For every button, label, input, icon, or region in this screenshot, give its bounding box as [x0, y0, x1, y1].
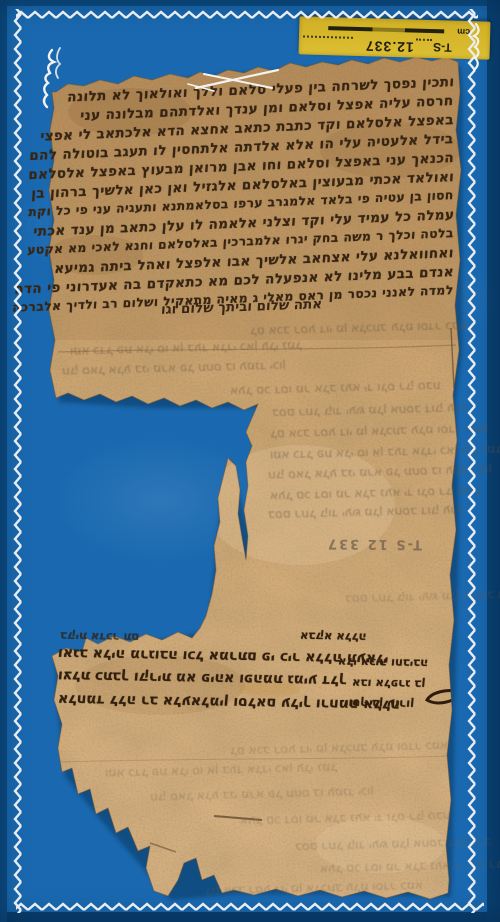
cm-ruler-unit: cm	[457, 27, 470, 37]
label-collection: T-S	[433, 40, 452, 55]
label-number: 12.337	[365, 38, 414, 55]
label-dotted-leader	[416, 39, 432, 41]
verso-side-line: יוסף בן עזרון	[344, 696, 414, 711]
shelfmark-label: T-S 12.337 cm	[299, 16, 491, 59]
verso-address-line: בקית אדכר תם	[59, 629, 139, 644]
genizah-fragment-photo: ותכין נפסך לשרחה בין פעלי סלאם וללך ואול…	[0, 0, 500, 922]
label-dotted-leader	[303, 35, 353, 38]
verso-side-line: אלי אכיה וחביבה	[337, 655, 428, 671]
cm-ruler-bar	[328, 26, 444, 33]
verso-side-line: אבו אלפרג בן	[351, 676, 425, 691]
pencil-shelfmark: T-S 12 337	[326, 535, 422, 551]
verso-side-line: אבקא אללה	[299, 629, 367, 644]
